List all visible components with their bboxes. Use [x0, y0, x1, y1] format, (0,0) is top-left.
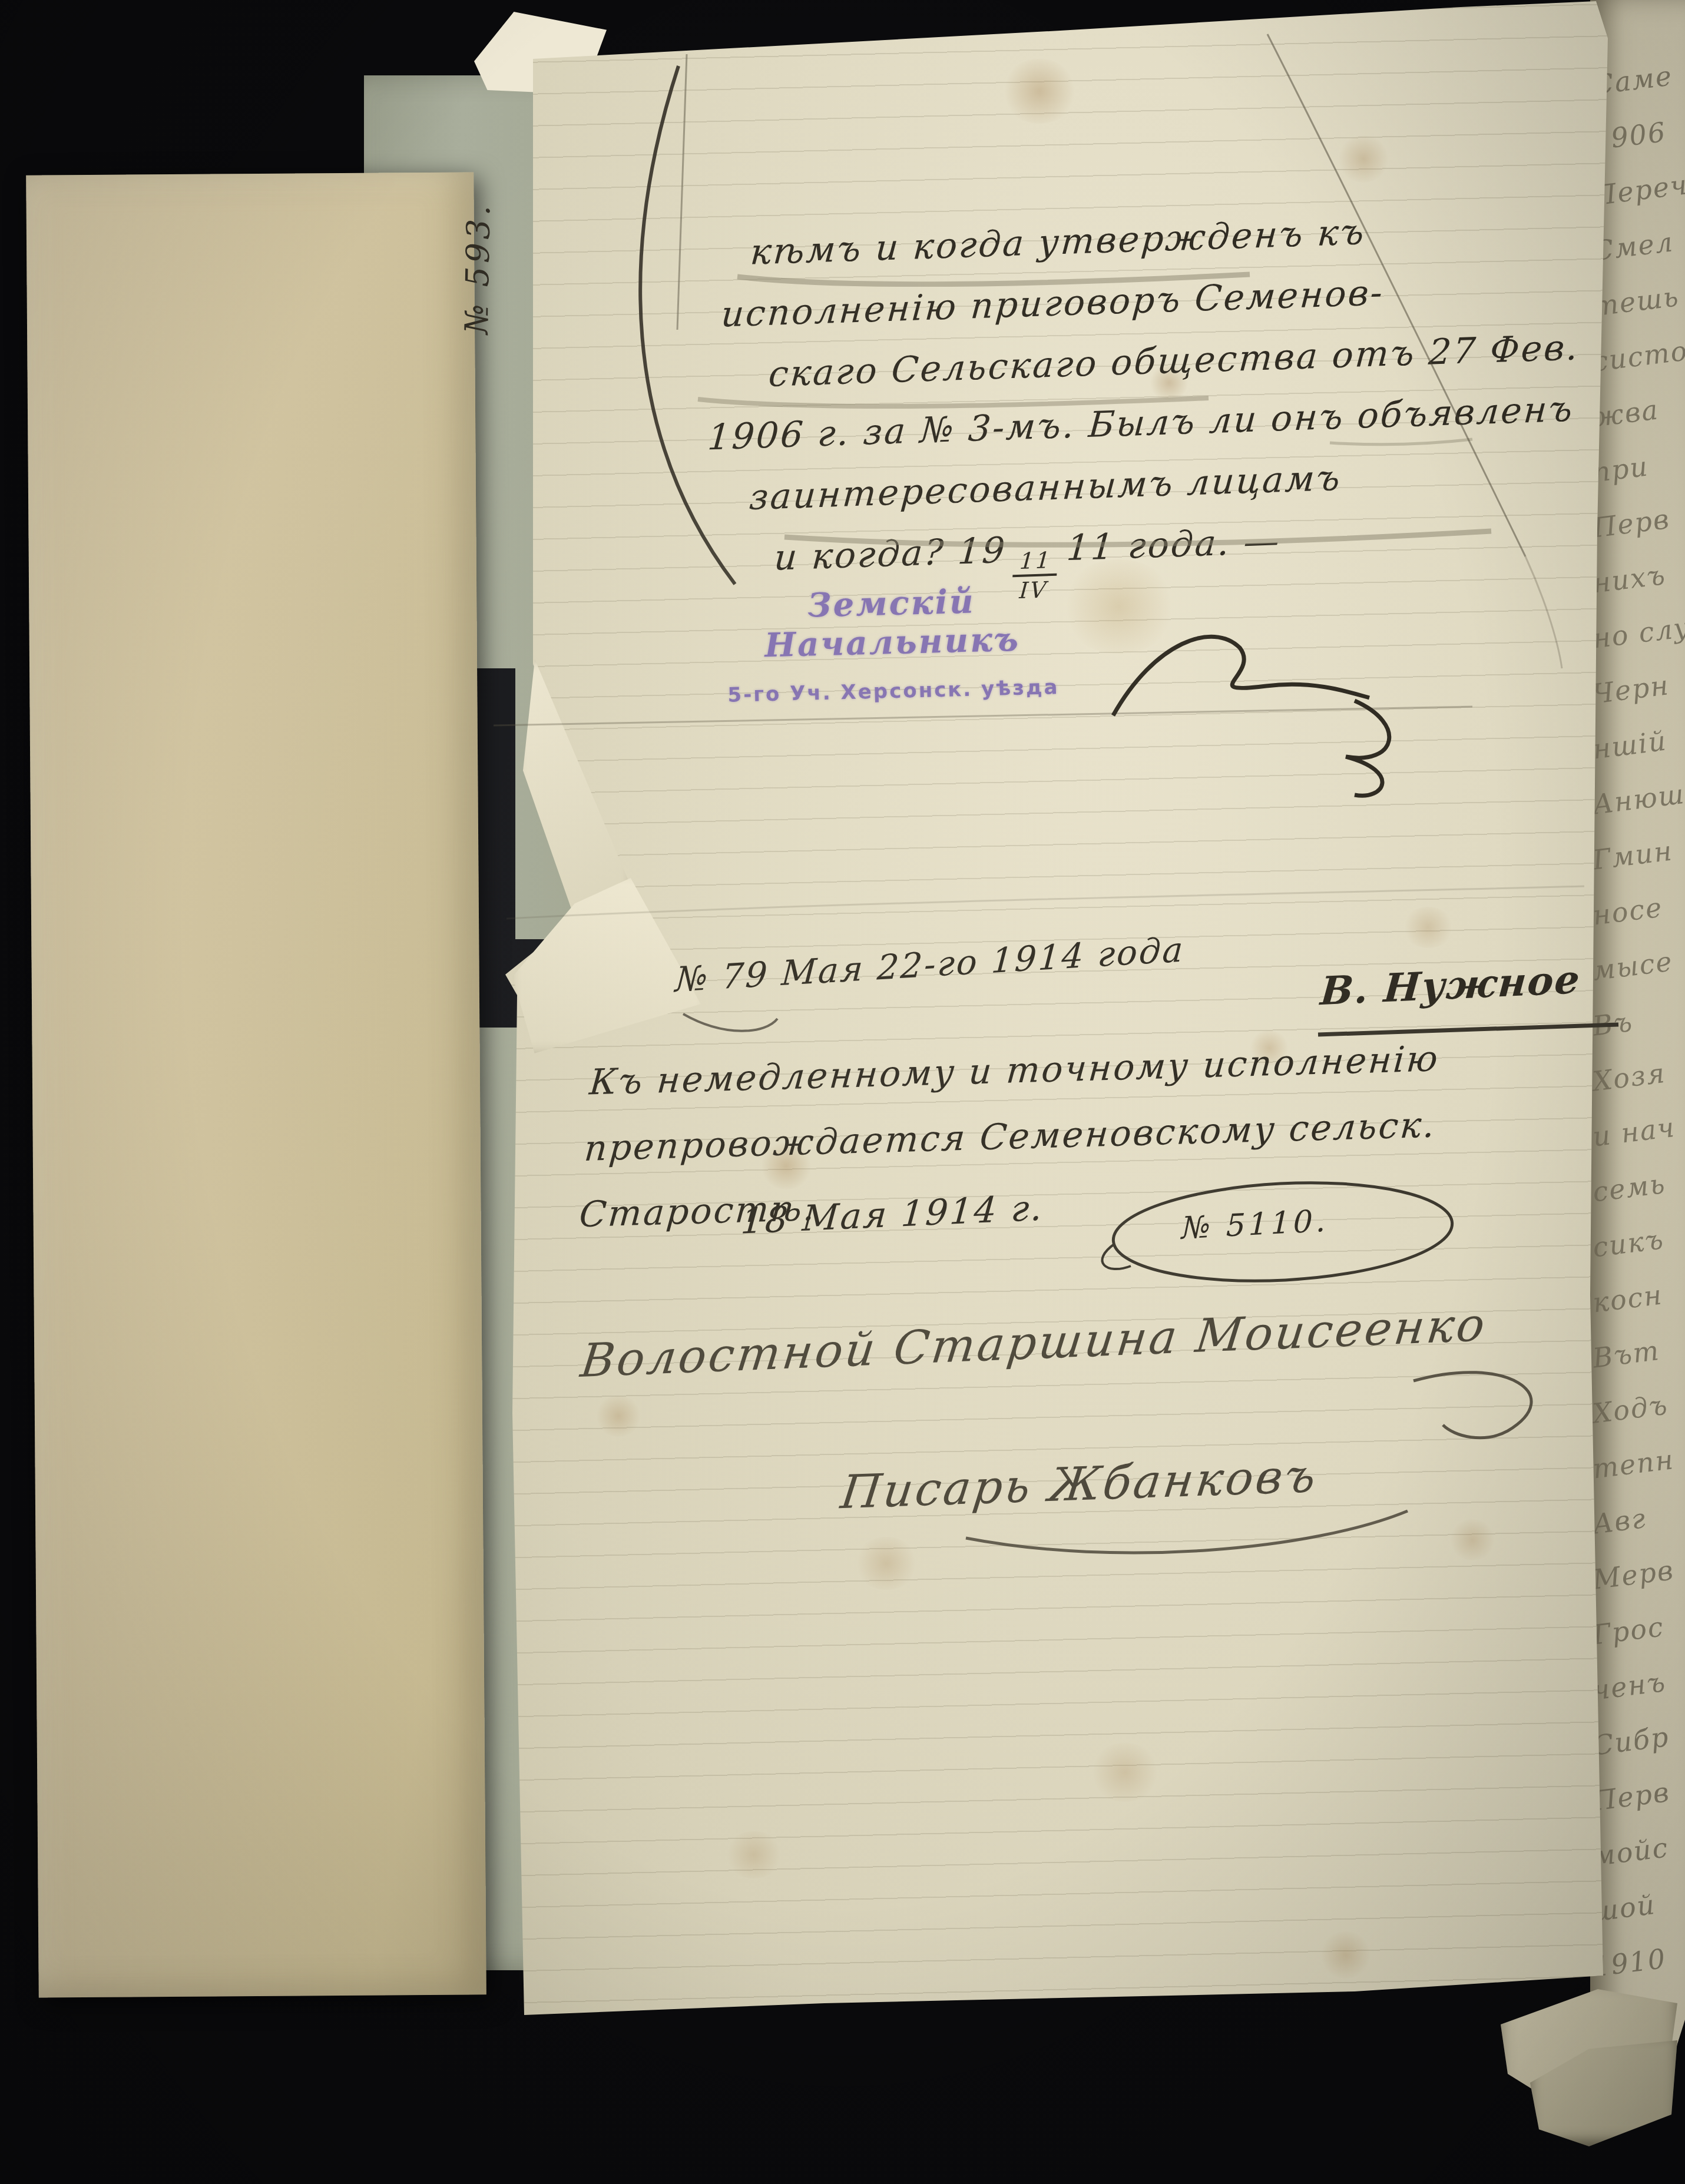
stamp-title: Земскій Начальникъ: [682, 579, 1102, 667]
fraction-numerator: 11: [1013, 549, 1059, 578]
date-text: и когда? 19: [773, 530, 1008, 579]
forwarding-note: Къ немедленному и точному исполненію пре…: [577, 1020, 1640, 1248]
top-annotation: кѣмъ и когда утвержденъ къ исполненію пр…: [697, 191, 1685, 591]
printed-black-mark-vertical: [473, 668, 515, 986]
date-text: 11 года. —: [1065, 521, 1283, 569]
cardboard-folder: [26, 172, 486, 1997]
zemsky-nachalnik-stamp: Земскій Начальникъ 5-го Уч. Херсонск. уѣ…: [682, 579, 1103, 708]
case-number-vertical: № 593.: [458, 299, 496, 334]
archival-photo: Саме1906ПеречСмелтешьсистожваприПервнихъ…: [0, 0, 1685, 2184]
